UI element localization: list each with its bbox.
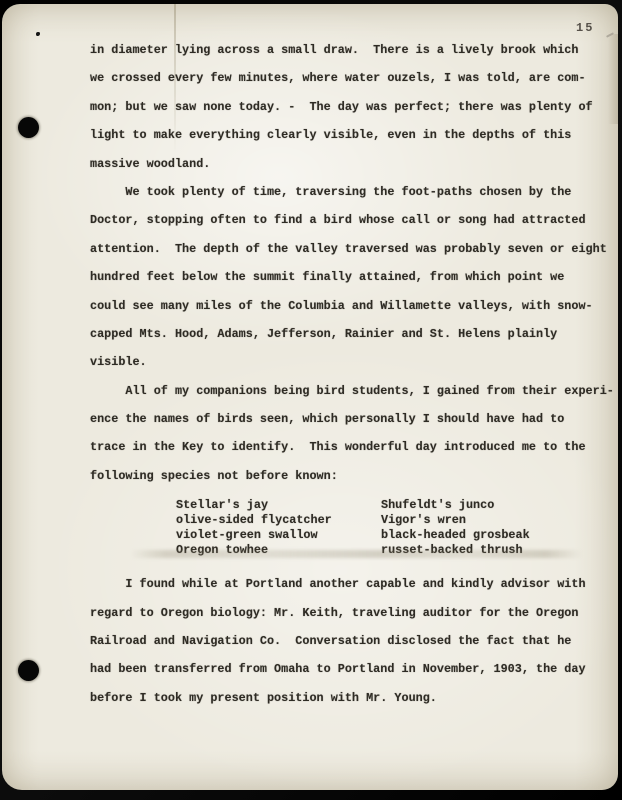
species-name: olive-sided flycatcher [176,513,381,528]
page-number: 15 [576,21,594,35]
text-line: ence the names of birds seen, which pers… [90,405,622,433]
text-line: light to make everything clearly visible… [90,121,622,149]
species-name: Vigor's wren [381,513,466,528]
paragraph: in diameter lying across a small draw. T… [90,36,622,178]
text-line: hundred feet below the summit finally at… [90,263,622,291]
hole-punch-bottom [18,660,39,681]
species-name: black-headed grosbeak [381,528,530,543]
paragraph: I found while at Portland another capabl… [90,570,622,712]
text-line: in diameter lying across a small draw. T… [90,36,622,64]
species-row: Oregon towheerusset-backed thrush [176,543,622,558]
species-row: violet-green swallowblack-headed grosbea… [176,528,622,543]
text-line: following species not before known: [90,462,622,490]
text-line: capped Mts. Hood, Adams, Jefferson, Rain… [90,320,622,348]
species-name: Shufeldt's junco [381,498,494,513]
scanned-document: 15 in diameter lying across a small draw… [0,0,622,800]
ink-speck [36,32,40,36]
species-name: Oregon towhee [176,543,381,558]
paper-page: 15 in diameter lying across a small draw… [2,4,618,790]
species-name: violet-green swallow [176,528,381,543]
text-line: We took plenty of time, traversing the f… [90,178,622,206]
text-line: could see many miles of the Columbia and… [90,292,622,320]
text-line: All of my companions being bird students… [90,377,622,405]
hole-punch-top [18,117,39,138]
species-list: Stellar's jayShufeldt's juncoolive-sided… [90,498,622,558]
text-line: Doctor, stopping often to find a bird wh… [90,206,622,234]
text-line: we crossed every few minutes, where wate… [90,64,622,92]
text-line: mon; but we saw none today. - The day wa… [90,93,622,121]
species-name: Stellar's jay [176,498,381,513]
text-line: attention. The depth of the valley trave… [90,235,622,263]
text-line: I found while at Portland another capabl… [90,570,622,598]
text-line: trace in the Key to identify. This wonde… [90,433,622,461]
typewritten-text: in diameter lying across a small draw. T… [90,36,622,712]
text-line: had been transferred from Omaha to Portl… [90,655,622,683]
text-line: massive woodland. [90,150,622,178]
paragraph: We took plenty of time, traversing the f… [90,178,622,377]
text-line: before I took my present position with M… [90,684,622,712]
paragraph: All of my companions being bird students… [90,377,622,491]
species-row: Stellar's jayShufeldt's junco [176,498,622,513]
species-row: olive-sided flycatcherVigor's wren [176,513,622,528]
text-line: visible. [90,348,622,376]
species-name: russet-backed thrush [381,543,523,558]
text-line: Railroad and Navigation Co. Conversation… [90,627,622,655]
text-line: regard to Oregon biology: Mr. Keith, tra… [90,599,622,627]
